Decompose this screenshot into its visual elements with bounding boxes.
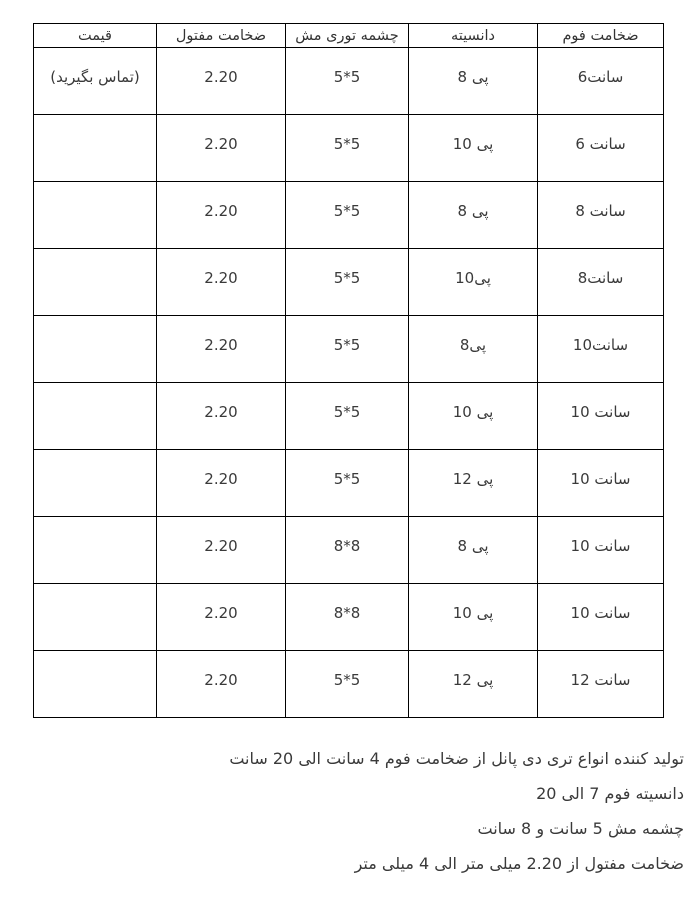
table-row: سانت 6پی 105*52.20 [34, 115, 664, 182]
cell-mesh: 5*5 [286, 249, 409, 316]
cell-foam: سانت10 [538, 316, 664, 383]
table-row: سانت 12پی 125*52.20 [34, 651, 664, 718]
notes-section: تولید کننده انواع تری دی پانل از ضخامت ف… [0, 741, 684, 881]
table-body: سانت6پی 85*52.20(تماس بگیرید)سانت 6پی 10… [34, 48, 664, 718]
table-row: سانت 10پی 108*82.20 [34, 584, 664, 651]
cell-wire: 2.20 [157, 517, 286, 584]
cell-price: (تماس بگیرید) [34, 48, 157, 115]
table-row: سانت 10پی 88*82.20 [34, 517, 664, 584]
cell-mesh: 5*5 [286, 651, 409, 718]
cell-price [34, 651, 157, 718]
cell-density: پی 12 [409, 450, 538, 517]
cell-density: پی 10 [409, 115, 538, 182]
cell-density: پی10 [409, 249, 538, 316]
cell-mesh: 8*8 [286, 584, 409, 651]
cell-density: پی 8 [409, 182, 538, 249]
cell-mesh: 5*5 [286, 450, 409, 517]
column-header-foam: ضخامت فوم [538, 24, 664, 48]
table-row: سانت 10پی 125*52.20 [34, 450, 664, 517]
cell-mesh: 5*5 [286, 48, 409, 115]
note-production-range: تولید کننده انواع تری دی پانل از ضخامت ف… [0, 741, 684, 776]
cell-wire: 2.20 [157, 48, 286, 115]
column-header-wire: ضخامت مفتول [157, 24, 286, 48]
note-wire-range: ضخامت مفتول از 2.20 میلی متر الی 4 میلی … [0, 846, 684, 881]
cell-price [34, 182, 157, 249]
cell-foam: سانت 10 [538, 584, 664, 651]
cell-price [34, 249, 157, 316]
cell-price [34, 383, 157, 450]
table-header-row: ضخامت فومدانسیتهچشمه توری مشضخامت مفتولق… [34, 24, 664, 48]
cell-density: پی8 [409, 316, 538, 383]
cell-foam: سانت 6 [538, 115, 664, 182]
cell-foam: سانت 10 [538, 383, 664, 450]
cell-foam: سانت 12 [538, 651, 664, 718]
cell-foam: سانت 10 [538, 450, 664, 517]
cell-wire: 2.20 [157, 651, 286, 718]
table-row: سانت8پی105*52.20 [34, 249, 664, 316]
cell-wire: 2.20 [157, 182, 286, 249]
cell-wire: 2.20 [157, 450, 286, 517]
table-row: سانت10پی85*52.20 [34, 316, 664, 383]
note-mesh-sizes: چشمه مش 5 سانت و 8 سانت [0, 811, 684, 846]
column-header-density: دانسیته [409, 24, 538, 48]
cell-density: پی 12 [409, 651, 538, 718]
cell-price [34, 115, 157, 182]
cell-price [34, 316, 157, 383]
price-table: ضخامت فومدانسیتهچشمه توری مشضخامت مفتولق… [33, 23, 664, 718]
cell-wire: 2.20 [157, 249, 286, 316]
cell-density: پی 8 [409, 517, 538, 584]
page: ضخامت فومدانسیتهچشمه توری مشضخامت مفتولق… [0, 0, 687, 911]
cell-density: پی 10 [409, 584, 538, 651]
table-row: سانت6پی 85*52.20(تماس بگیرید) [34, 48, 664, 115]
cell-mesh: 5*5 [286, 316, 409, 383]
cell-wire: 2.20 [157, 316, 286, 383]
note-density-range: دانسیته فوم 7 الی 20 [0, 776, 684, 811]
cell-wire: 2.20 [157, 115, 286, 182]
cell-foam: سانت 10 [538, 517, 664, 584]
cell-price [34, 517, 157, 584]
cell-price [34, 584, 157, 651]
cell-mesh: 5*5 [286, 383, 409, 450]
column-header-mesh: چشمه توری مش [286, 24, 409, 48]
cell-foam: سانت 8 [538, 182, 664, 249]
cell-foam: سانت8 [538, 249, 664, 316]
cell-price [34, 450, 157, 517]
cell-wire: 2.20 [157, 383, 286, 450]
cell-foam: سانت6 [538, 48, 664, 115]
column-header-price: قیمت [34, 24, 157, 48]
cell-wire: 2.20 [157, 584, 286, 651]
table-row: سانت 8پی 85*52.20 [34, 182, 664, 249]
table-row: سانت 10پی 105*52.20 [34, 383, 664, 450]
cell-density: پی 8 [409, 48, 538, 115]
cell-mesh: 5*5 [286, 182, 409, 249]
cell-mesh: 8*8 [286, 517, 409, 584]
cell-mesh: 5*5 [286, 115, 409, 182]
cell-density: پی 10 [409, 383, 538, 450]
